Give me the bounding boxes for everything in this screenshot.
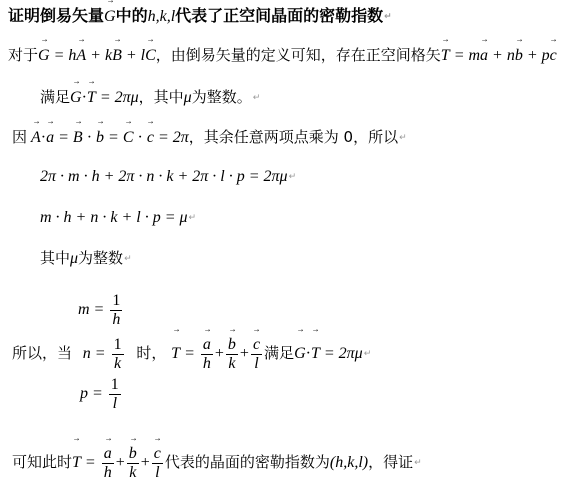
definition-line: 对于G = hA + kB + lC，由倒易矢量的定义可知，存在正空间格矢T =… [8,45,557,66]
denominator: l [111,395,119,413]
vector-a: a [480,46,488,66]
condition-m: m = 1h [78,292,124,329]
vector-c: c [550,46,557,66]
mu-symbol: μ [184,89,192,106]
vector-G: G [294,336,306,372]
math-text: = m [450,47,480,64]
vector-B: B [112,46,122,66]
denominator: l [252,355,260,373]
text: 所以，当 [12,344,72,362]
fraction: 1h [110,292,122,329]
math-text: = [180,345,199,362]
vector-T: T [441,46,450,66]
paragraph-mark-icon: ↵ [414,458,422,468]
vector-T: T [311,336,320,372]
condition-line: 满足G·T = 2πμ，其中μ为整数。↵ [40,87,260,108]
math-text: + [116,454,125,471]
math-text: + [141,454,150,471]
paragraph-mark-icon: ↵ [289,172,297,182]
equation: m · h + n · k + l · p = μ [40,209,188,226]
text: 代表的晶面的密勒指数为 [165,453,330,471]
text: ，其中 [139,88,184,106]
text: 时， [136,344,166,362]
math-text: · [83,129,96,146]
equation-line-2: m · h + n · k + l · p = μ↵ [40,207,196,228]
math-text: n = [83,345,110,362]
title-text: 证明倒易矢量 [8,6,104,25]
miller-indices: h,k,l [148,8,176,25]
vector-a: a [46,128,54,148]
math-text: = [54,129,73,146]
equation-line-1: 2π · m · h + 2π · n · k + 2π · l · p = 2… [40,166,296,187]
denominator: k [226,355,237,373]
vector-C: C [145,46,156,66]
vector-C: C [123,128,134,148]
denominator: k [112,355,123,373]
math-text: p = [80,385,107,402]
mu-symbol: μ [70,250,78,267]
final-line: 可知此时T = ah+bk+cl代表的晶面的密勒指数为(h,k,l)，得证↵ [12,444,422,482]
numerator: c [152,445,163,463]
math-text: = 2π [154,129,189,146]
numerator: c [251,336,262,354]
text: 其中 [40,249,70,267]
math-text: + l [122,47,145,64]
miller-indices: (h,k,l) [330,454,368,471]
text: 可知此时 [12,453,72,471]
fraction: 1l [109,376,121,413]
math-text: · [134,129,147,146]
math-text: = [104,129,123,146]
fraction: bk [127,445,139,482]
numerator: b [127,445,139,463]
fraction: ah [102,445,114,482]
vector-b: b [515,46,523,66]
fraction: bk [226,336,238,373]
dot-product-line: 因 A·a = B · b = C · c = 2π，其余任意两项点乘为 0，所… [12,127,407,148]
numerator: 1 [110,292,122,310]
equation: 2π · m · h + 2π · n · k + 2π · l · p = 2… [40,168,288,185]
integer-note: 其中μ为整数↵ [40,248,132,269]
paragraph-mark-icon: ↵ [399,133,407,143]
vector-T: T [87,88,96,108]
paragraph-mark-icon: ↵ [384,12,392,22]
text: 对于 [8,46,38,64]
text: 满足 [40,88,70,106]
math-text: + [215,345,224,362]
vector-T: T [171,336,180,372]
text: ，得证 [368,453,413,471]
vector-B: B [73,128,83,148]
paragraph-mark-icon: ↵ [124,254,132,264]
text: 满足 [264,344,294,362]
denominator: h [102,464,114,482]
math-text: + k [86,47,112,64]
math-text: + n [488,47,515,64]
vector-A: A [31,128,41,148]
denominator: k [127,464,138,482]
math-text: = [81,454,100,471]
numerator: b [226,336,238,354]
conclusion-line: 所以，当 n = 1k 时， T = ah+bk+cl满足G·T = 2πμ↵ [12,335,371,373]
math-text: + [240,345,249,362]
text: ，由倒易矢量的定义可知，存在正空间格矢 [156,46,441,64]
numerator: a [201,336,213,354]
denominator: h [201,355,213,373]
numerator: 1 [109,376,121,394]
vector-A: A [76,46,86,66]
math-text: = 2πμ [320,345,363,362]
math-text: + p [523,47,550,64]
fraction: ah [201,336,213,373]
paragraph-mark-icon: ↵ [364,349,372,359]
vector-G: G [70,88,82,108]
denominator: h [110,311,122,329]
fraction: 1k [112,336,124,373]
text: ，其余任意两项点乘为 0，所以 [189,128,398,146]
text: 为整数 [78,249,123,267]
vector-G: G [104,7,116,27]
math-text: m = [78,301,108,318]
math-text: = h [50,47,77,64]
document-title: 证明倒易矢量G中的h,k,l代表了正空间晶面的密勒指数↵ [8,6,392,27]
vector-T: T [72,445,81,481]
denominator: l [153,464,161,482]
condition-p: p = 1l [80,376,123,413]
math-text: = 2πμ [96,89,139,106]
paragraph-mark-icon: ↵ [253,93,261,103]
title-text: 中的 [116,6,148,25]
text: 为整数。 [192,88,252,106]
numerator: a [102,445,114,463]
vector-G: G [38,46,50,66]
paragraph-mark-icon: ↵ [189,213,197,223]
fraction: cl [251,336,262,373]
title-text: 代表了正空间晶面的密勒指数 [175,6,383,25]
fraction: cl [152,445,163,482]
text: 因 [12,128,27,146]
vector-c: c [147,128,154,148]
numerator: 1 [112,336,124,354]
vector-b: b [96,128,104,148]
